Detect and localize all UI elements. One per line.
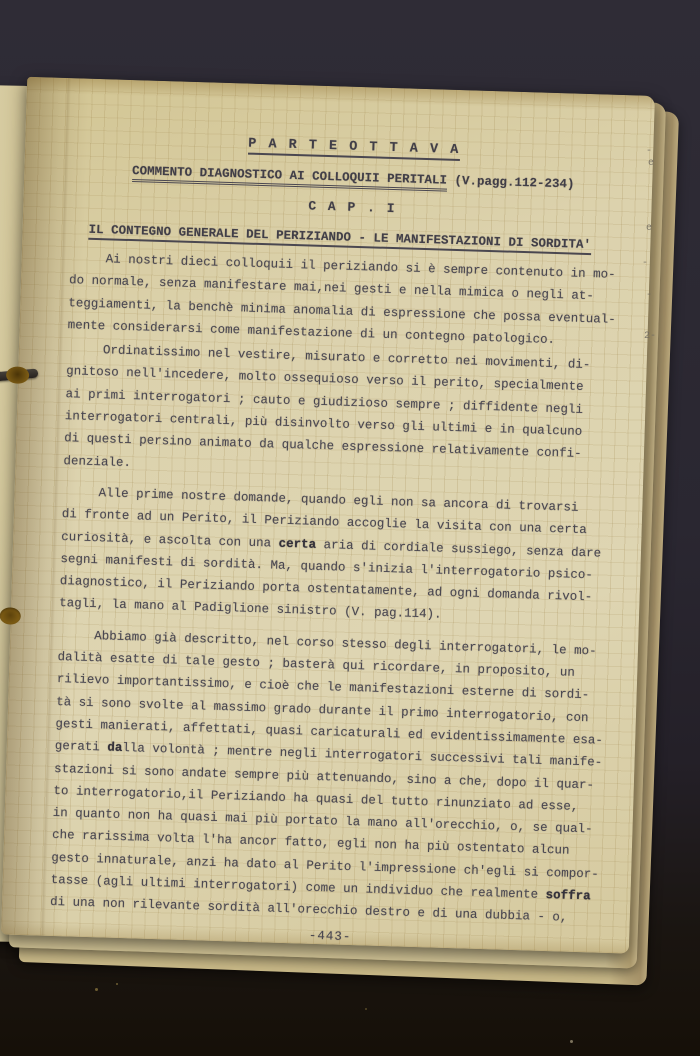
page-edge-glyph: -: [642, 258, 648, 269]
paragraph: Ai nostri dieci colloquii il periziando …: [67, 247, 631, 353]
dust-speck: [365, 1008, 367, 1010]
dust-speck: [116, 983, 118, 985]
binding-hole-bottom: [0, 607, 21, 625]
paragraph: Ordinatissimo nel vestire, misurato e co…: [63, 338, 629, 489]
binding-hole-top: [6, 366, 30, 384]
paragraph: Alle prime nostre domande, quando egli n…: [59, 481, 625, 632]
page-edge-glyph: e: [648, 158, 654, 169]
page-edge-glyph: 2-: [644, 331, 656, 342]
dust-speck: [95, 988, 98, 991]
document-page: P A R T E O T T A V A COMMENTO DIAGNOSTI…: [1, 77, 655, 954]
page-edge-glyph: -: [646, 146, 652, 157]
photo-backdrop: P A R T E O T T A V A COMMENTO DIAGNOSTI…: [0, 0, 700, 1056]
paragraph: Abbiamo già descritto, nel corso stesso …: [50, 624, 621, 931]
page-edge-glyph: e: [646, 223, 652, 234]
typewritten-text: P A R T E O T T A V A COMMENTO DIAGNOSTI…: [49, 124, 636, 956]
section-page-reference: (V.pagg.112-234): [447, 174, 575, 192]
page-edge-glyph: -: [646, 290, 652, 301]
dust-speck: [570, 1040, 573, 1043]
